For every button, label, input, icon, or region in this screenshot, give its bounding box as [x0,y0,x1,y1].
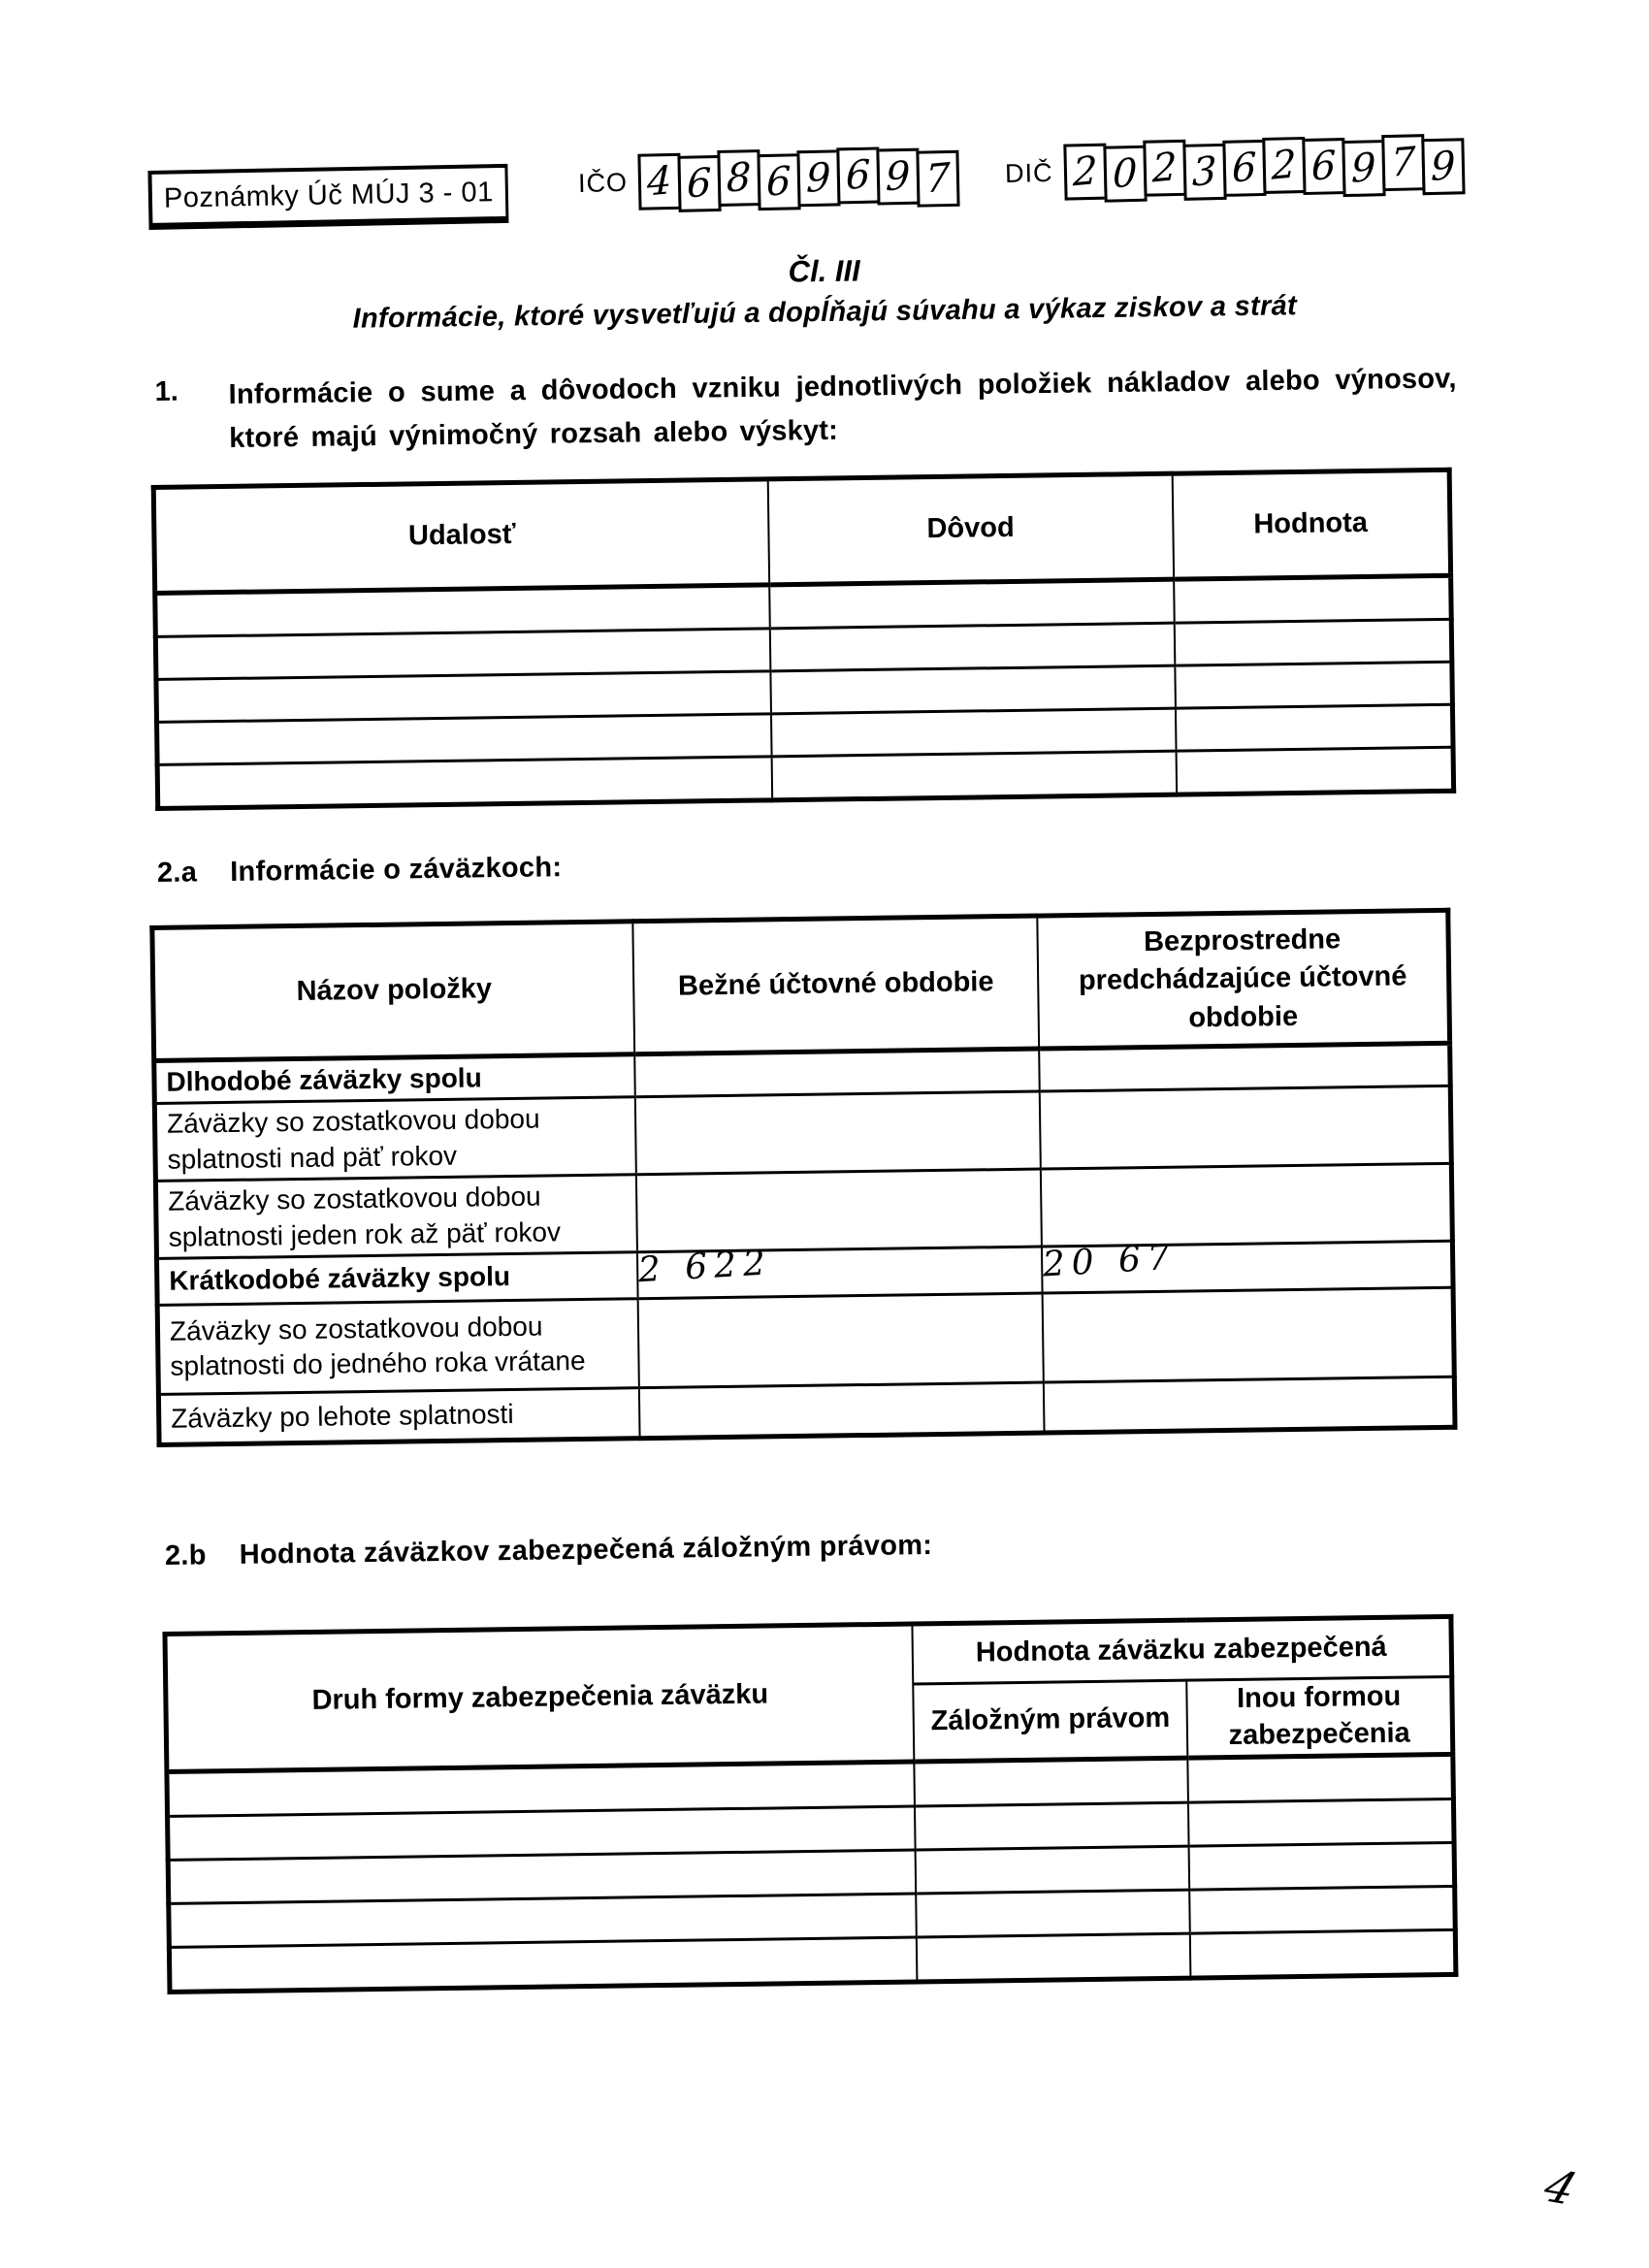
secured-header-lien: Záložným právom [913,1680,1188,1762]
section-1-text: Informácie o sume a dôvodoch vzniku jedn… [228,357,1457,460]
form-code-box: Poznámky Úč MÚJ 3 - 01 [147,164,508,230]
dic-digit-cell: 0 [1103,146,1147,203]
empty-cell [1176,747,1454,794]
empty-cell [1174,575,1452,623]
handwritten-value: 2 622 [637,1247,773,1290]
value-cell-previous: 20 67 [1042,1241,1453,1293]
empty-cell [1190,1886,1456,1933]
article-title-block: Čl. III Informácie, ktoré vysvetľujú a d… [0,243,1649,340]
liabilities-header-current: Bežné účtovné obdobie [632,916,1039,1054]
dic-field: DIČ 2 0 2 3 6 2 6 9 7 9 [1004,135,1465,202]
dic-digit-cell: 6 [1302,138,1345,195]
dic-digit-cell: 9 [1342,140,1385,197]
section-2b-number: 2.b [165,1539,207,1572]
dic-digit-cell: 7 [1381,134,1425,191]
secured-header-form-type: Druh formy zabezpečenia záväzku [165,1624,914,1771]
dic-label: DIČ [1005,157,1053,188]
empty-cell [1176,704,1453,751]
ico-label: IČO [578,167,629,198]
value-cell-current [634,1049,1039,1097]
dic-digit: 0 [1113,150,1138,198]
empty-cell [771,751,1176,800]
empty-cell [915,1846,1189,1894]
empty-cell [916,1890,1190,1937]
section-1-number: 1. [154,373,229,462]
secured-header-group: Hodnota záväzku zabezpečená [912,1616,1451,1684]
dic-digit: 7 [1390,139,1415,186]
ico-digit: 7 [925,155,951,203]
row-label: Krátkodobé záväzky spolu [157,1252,638,1306]
value-cell-current [635,1091,1041,1174]
empty-cell [769,579,1174,629]
empty-cell [169,1937,917,1992]
dic-digit: 6 [1310,143,1336,190]
value-cell-previous [1039,1043,1450,1091]
empty-cell [1189,1842,1455,1890]
liabilities-header-item: Názov položky [152,922,634,1061]
ico-digit: 4 [647,158,672,206]
scanned-document-page: { "header": { "form_code": "Poznámky Úč … [0,0,1649,2268]
section-2a-heading: 2.a Informácie o záväzkoch: [157,852,563,890]
dic-digit: 9 [1430,143,1455,190]
empty-cell [771,708,1176,757]
secured-header-other-form: Inou formou zabezpečenia [1187,1676,1453,1758]
dic-digit: 3 [1192,148,1217,196]
events-header-value: Hodnota [1172,470,1450,579]
ico-digit-cell: 4 [637,153,681,211]
empty-cell [1188,1754,1454,1802]
section-2b-title: Hodnota záväzkov zabezpečená záložným pr… [240,1530,933,1571]
dic-digit-cell: 2 [1262,137,1306,194]
events-header-event: Udalosť [153,479,769,594]
section-1-paragraph: 1. Informácie o sume a dôvodoch vzniku j… [154,357,1457,461]
ico-digit-cell: 7 [916,150,959,208]
dic-digit: 2 [1271,142,1296,189]
empty-cell [770,623,1175,671]
ico-digit-cell: 8 [717,149,760,207]
section-2a-title: Informácie o záväzkoch: [230,852,563,889]
empty-cell [1174,619,1451,665]
row-label: Záväzky po lehote splatnosti [158,1388,639,1445]
dic-digit: 2 [1151,145,1177,192]
dic-digit-cell: 3 [1182,144,1226,201]
ico-digit: 6 [846,152,871,200]
empty-cell [917,1933,1191,1982]
ico-digit-cell: 6 [836,146,880,204]
empty-cell [914,1758,1188,1806]
handwritten-page-number: 4 [1537,2160,1584,2216]
dic-digit-cell: 9 [1421,138,1465,195]
empty-cell [1190,1929,1456,1978]
value-cell-current [636,1169,1042,1251]
dic-digit: 2 [1073,148,1098,196]
value-cell-previous [1041,1163,1453,1247]
ico-field: IČO 4 6 8 6 9 6 9 7 [577,147,959,211]
liabilities-header-row: Názov položky Bežné účtovné obdobie Bezp… [152,910,1450,1060]
events-header-reason: Dôvod [767,473,1173,585]
value-cell-previous [1044,1377,1455,1433]
empty-cell [915,1802,1189,1850]
handwritten-value: 20 67 [1042,1241,1178,1284]
ico-digit: 9 [886,153,911,201]
dic-digit-cell: 2 [1063,144,1107,201]
ico-digit: 8 [727,154,752,202]
ico-digit-cell: 9 [796,149,840,207]
events-table-header-row: Udalosť Dôvod Hodnota [153,470,1450,593]
form-code-text: Poznámky Úč MÚJ 3 - 01 [164,177,494,215]
value-cell-previous [1040,1086,1452,1170]
section-2b-heading: 2.b Hodnota záväzkov zabezpečená záložný… [165,1530,933,1572]
dic-digit-cell: 2 [1143,140,1186,197]
value-cell-current [639,1382,1044,1439]
secured-liabilities-table: Druh formy zabezpečenia záväzku Hodnota … [162,1614,1458,1994]
dic-digit: 9 [1351,145,1376,192]
empty-cell [1175,662,1452,708]
liabilities-table: Názov položky Bežné účtovné obdobie Bezp… [149,908,1457,1447]
value-cell-current: 2 622 [637,1247,1042,1299]
empty-cell [157,757,772,809]
ico-digit-cell: 9 [876,148,920,206]
dic-digit-cell: 6 [1222,140,1266,197]
events-table: Udalosť Dôvod Hodnota [151,468,1456,811]
value-cell-previous [1043,1287,1455,1382]
row-label: Záväzky so zostatkovou dobou splatnosti … [155,1175,637,1259]
liabilities-row-within-one-year: Záväzky so zostatkovou dobou splatnosti … [157,1287,1454,1394]
empty-cell [770,665,1175,714]
section-2a-number: 2.a [157,857,198,890]
ico-digit-cell: 6 [757,153,800,211]
ico-digit: 6 [687,160,712,208]
row-label: Záväzky so zostatkovou dobou splatnosti … [154,1097,636,1182]
dic-digit: 6 [1231,145,1256,192]
dic-digit-boxes: 2 0 2 3 6 2 6 9 7 9 [1066,135,1465,200]
row-label: Dlhodobé záväzky spolu [154,1054,635,1104]
empty-cell [1188,1798,1454,1846]
liabilities-header-previous: Bezprostredne predchádzajúce účtovné obd… [1037,910,1449,1049]
value-cell-current [638,1293,1044,1388]
ico-digit-cell: 6 [677,155,721,212]
ico-digit: 6 [766,158,792,206]
row-label: Záväzky so zostatkovou dobou splatnosti … [157,1299,639,1395]
ico-digit-boxes: 4 6 8 6 9 6 9 7 [640,147,959,211]
ico-digit: 9 [806,155,831,203]
